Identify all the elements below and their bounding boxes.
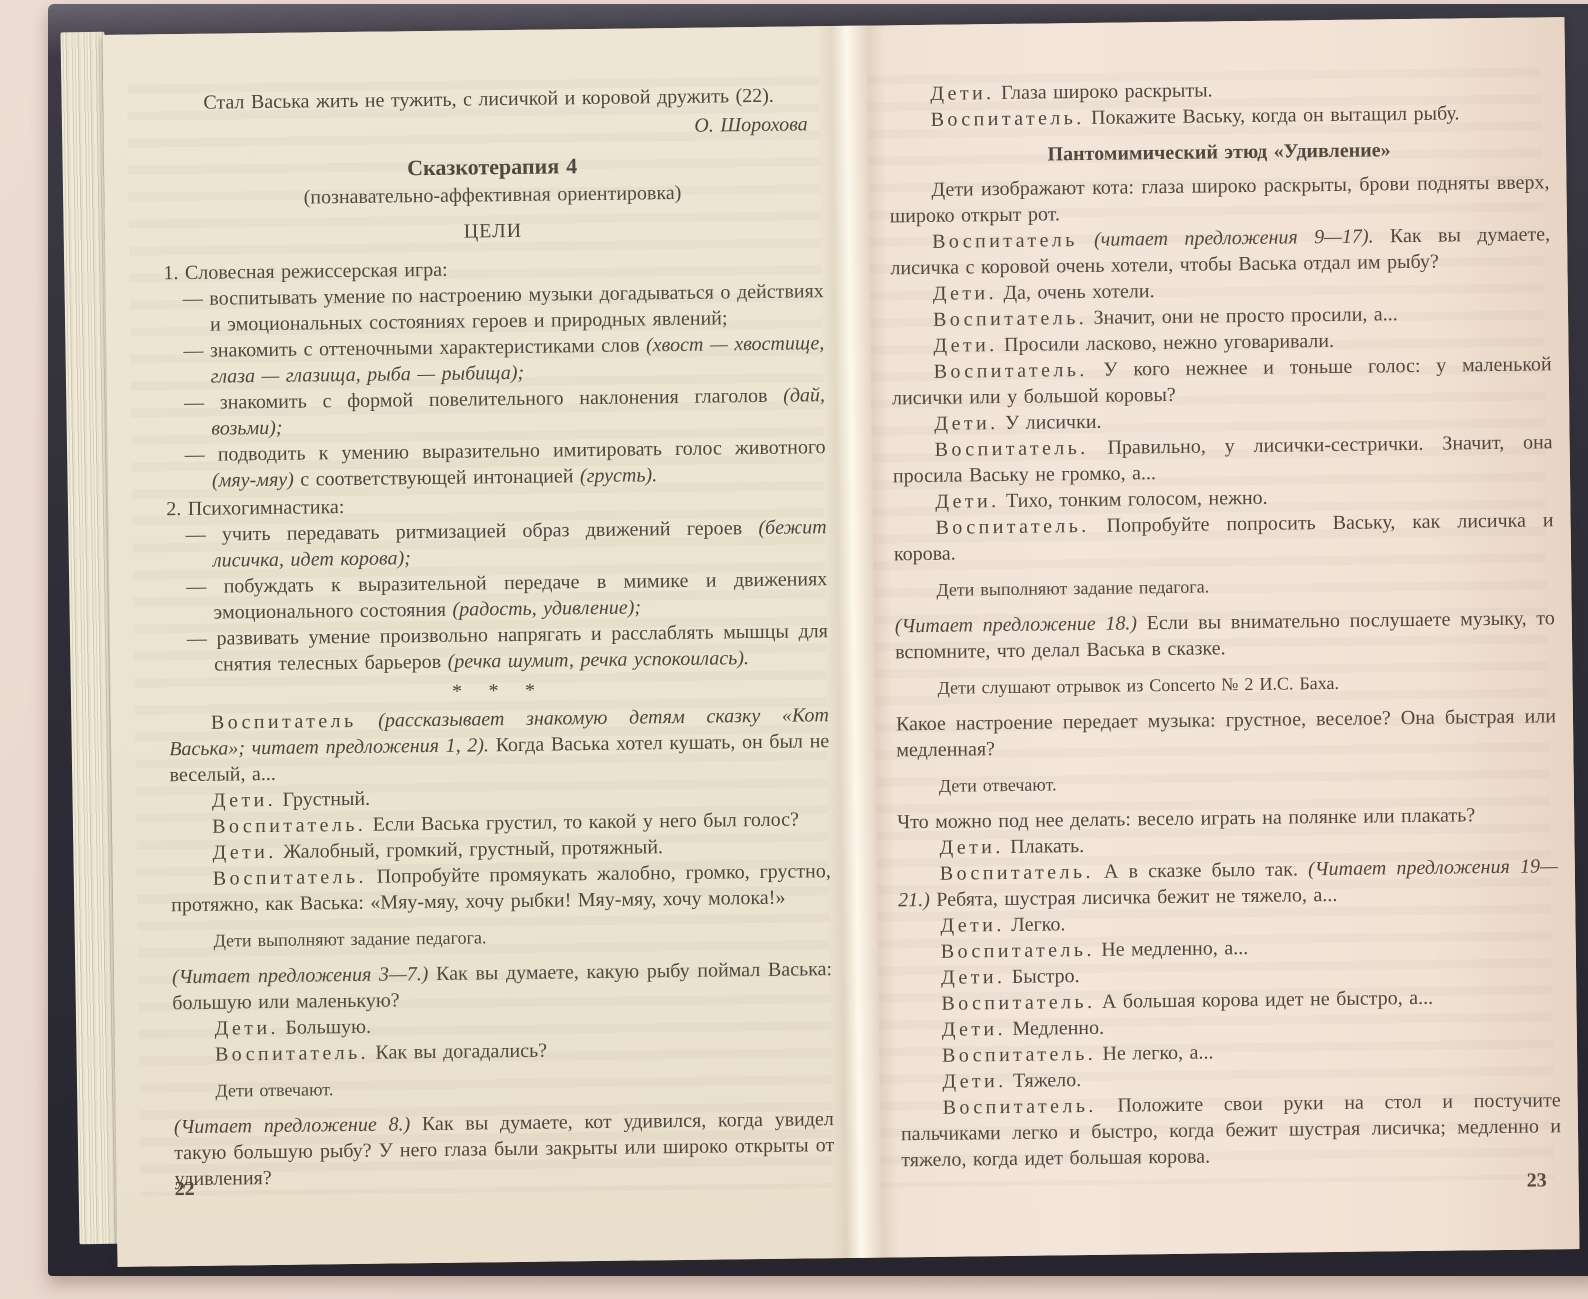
speaker-name: Воспитатель. [943,1095,1097,1119]
stage-direction: Дети слушают отрывок из Concerto № 2 И.С… [895,668,1555,700]
speaker-name: Воспитатель. [213,866,367,890]
etude-heading: Пантомимический этюд «Удивление» [889,135,1549,169]
text-run: Если Васька грустил, то какой у него был… [366,809,799,836]
stage-direction: Дети отвечают. [897,766,1557,798]
text-run: Просили ласково, нежно уговаривали. [997,330,1334,356]
speaker-name: Дети. [934,412,998,435]
dialogue-paragraph: Воспитатель. Положите свои руки на стол … [901,1087,1562,1173]
text-run: Дети отвечают. [215,1079,333,1100]
text-run: А большая корова идет не быстро, а... [1095,987,1433,1013]
text-run: Тяжело. [1006,1069,1081,1092]
text-run: Медленно. [1006,1017,1104,1040]
speaker-name: Воспитатель. [215,1042,369,1066]
text-run: — воспитывать умение по настроению музык… [183,280,824,335]
speaker-name: Дети. [935,490,999,513]
stage-direction: Дети выполняют задание педагога. [171,921,831,953]
speaker-name: Дети. [933,334,997,357]
speaker-name: Воспитатель. [930,107,1084,131]
text-run: 1. Словесная режиссерская игра: [163,259,447,284]
speaker-name: Воспитатель. [941,939,1095,963]
text-run: с соответствующей интонацией [294,465,580,490]
narration-paragraph: (Читает предложения 3—7.) Как вы думаете… [172,956,833,1016]
text-run: Легко. [1005,913,1066,936]
text-run: Глаза широко раскрыты. [994,79,1212,104]
speaker-name: Дети. [939,836,1003,859]
text-run: Покажите Ваську, когда он вытащил рыбу. [1084,102,1459,129]
text-run: (познавательно-аффективная ориентировка) [304,182,682,209]
text-run: Тихо, тонким голосом, нежно. [999,487,1267,512]
right-page-text: Дети. Глаза широко раскрыты.Воспитатель.… [888,73,1561,1173]
text-run: Какое настроение передает музыка: грустн… [896,705,1556,761]
speaker-name: Воспитатель [932,229,1078,253]
text-run: Дети выполняют задание педагога. [936,576,1209,599]
narration-paragraph: Какое настроение передает музыка: грустн… [896,703,1557,763]
author-name: О. Шорохова [162,111,808,145]
dialogue-paragraph: Воспитатель. У кого нежнее и тоньше голо… [892,351,1553,411]
text-run: * * * [452,680,545,703]
text-run: Грустный. [276,788,370,811]
text-run: Дети изображают кота: глаза широко раскр… [890,171,1550,227]
right-page: Дети. Глаза широко раскрыты.Воспитатель.… [842,17,1579,1258]
text-run: Большую. [279,1016,371,1039]
speaker-name: Дети. [933,282,997,305]
goal-item: — развивать умение произвольно напрягать… [168,618,829,678]
text-run: Не медленно, а... [1095,937,1249,961]
text-run: Сказкотерапия 4 [407,153,577,180]
text-run: — учить передавать ритмизацией образ дви… [186,517,759,546]
speaker-name: Дети. [941,966,1005,989]
speaker-name: Дети. [930,82,994,105]
dialogue-paragraph: Воспитатель. Попробуйте попросить Ваську… [893,507,1554,567]
stage-direction: Дети отвечают. [173,1071,833,1103]
text-run: Значит, они не просто просили, а... [1087,303,1398,329]
speaker-name: Дети. [215,1017,279,1040]
narration-paragraph: (Читает предложение 8.) Как вы думаете, … [174,1106,835,1192]
text-run: Ребята, шустрая лисичка бежит не тяжело,… [930,884,1338,911]
left-page-text: Стал Васька жить не тужить, с лисичкой и… [161,82,834,1192]
page-number-right: 23 [1526,1167,1546,1193]
left-page: Стал Васька жить не тужить, с лисичкой и… [103,26,858,1267]
speaker-name: Воспитатель. [212,814,366,838]
dialogue-paragraph: Воспитатель. А в сказке было так. (Читае… [898,853,1559,913]
speaker-name: Воспитатель. [935,437,1089,461]
speaker-name: Воспитатель. [940,861,1094,885]
goal-item: — знакомить с оттеночными характеристика… [164,330,825,390]
speaker-name: Воспитатель. [934,359,1088,383]
speaker-name: Воспитатель. [942,1043,1096,1067]
text-run: ЦЕЛИ [464,220,523,243]
text-run: Жалобный, громкий, грустный, протяжный. [277,836,664,863]
dialogue-paragraph: Воспитатель (рассказывает знакомую детям… [169,702,830,788]
text-run: Да, очень хотели. [997,280,1155,304]
goal-item: — подводить к умению выразительно имитир… [166,434,827,494]
speaker-name: Дети. [942,1018,1006,1041]
scanned-book-photo: { "colors": { "backdrop": "#e9d8cf", "co… [0,0,1588,1299]
dialogue-paragraph: Дети изображают кота: глаза широко раскр… [889,169,1550,229]
text-run [1078,229,1095,251]
text-run: Плакать. [1004,835,1085,858]
goal-item: — побуждать к выразительной передаче в м… [167,566,828,626]
italic-note: (Читает предложения 3—7.) [172,963,429,988]
speaker-name: Воспитатель. [941,991,1095,1015]
book-cover-edge: Стал Васька жить не тужить, с лисичкой и… [48,4,1588,1276]
text-run: Дети отвечают. [939,774,1057,795]
text-run: Как вы догадались? [369,1040,547,1064]
speaker-name: Воспитатель [211,710,357,734]
text-run: Что можно под нее делать: весело играть … [897,804,1475,833]
text-run: — подводить к умению выразительно имитир… [185,436,826,466]
text-run: Быстро. [1005,965,1080,988]
speaker-name: Дети. [212,789,276,812]
italic-note: (читает предложения 9—17). [1094,225,1374,250]
text-run: Дети слушают отрывок из Concerto № 2 И.С… [937,673,1339,698]
dialogue-paragraph: Воспитатель (читает предложения 9—17). К… [890,221,1551,281]
speaker-name: Воспитатель. [933,307,1087,331]
italic-note: (мяу-мяу) [212,469,294,492]
italic-note: (радость, удивление); [452,596,641,620]
speaker-name: Дети. [212,841,276,864]
narration-paragraph: (Читает предложение 18.) Если вы внимате… [895,605,1556,665]
italic-note: (речка шумит, речка успокоилась). [447,647,749,673]
text-run: У лисички. [998,411,1101,434]
goal-item: — учить передавать ритмизацией образ дви… [166,514,827,574]
text-run: А в сказке было так. [1094,858,1309,883]
text-run: — знакомить с оттеночными характеристика… [183,334,646,362]
text-run: Дети выполняют задание педагога. [213,927,486,950]
stage-direction: Дети выполняют задание педагога. [894,570,1554,602]
speaker-name: Воспитатель. [935,515,1089,539]
section-subtitle: (познавательно-аффективная ориентировка) [162,178,822,212]
text-run: 2. Психогимнастика: [166,496,344,520]
speaker-name: Дети. [940,914,1004,937]
dialogue-paragraph: Воспитатель. Попробуйте промяукать жалоб… [171,858,832,918]
text-run: Пантомимический этюд «Удивление» [1047,139,1390,165]
italic-note: (Читает предложение 8.) [174,1113,411,1138]
italic-note: О. Шорохова [694,113,808,136]
open-book-spread: Стал Васька жить не тужить, с лисичкой и… [103,17,1580,1267]
speaker-name: Дети. [942,1070,1006,1093]
dialogue-paragraph: Воспитатель. Правильно, у лисички-сестри… [893,429,1554,489]
text-run: — знакомить с формой повелительного накл… [184,385,783,414]
italic-note: (грусть). [580,464,657,487]
text-run [356,710,378,732]
goal-item: — знакомить с формой повелительного накл… [165,382,826,442]
text-run: Стал Васька жить не тужить, с лисичкой и… [203,85,774,114]
goal-item: — воспитывать умение по настроению музык… [164,278,825,338]
page-number-left: 22 [174,1176,194,1202]
dialogue-paragraph: Стал Васька жить не тужить, с лисичкой и… [161,82,821,116]
text-run: Не легко, а... [1096,1041,1214,1064]
italic-note: (Читает предложение 18.) [895,612,1137,637]
goals-heading: ЦЕЛИ [163,214,823,248]
